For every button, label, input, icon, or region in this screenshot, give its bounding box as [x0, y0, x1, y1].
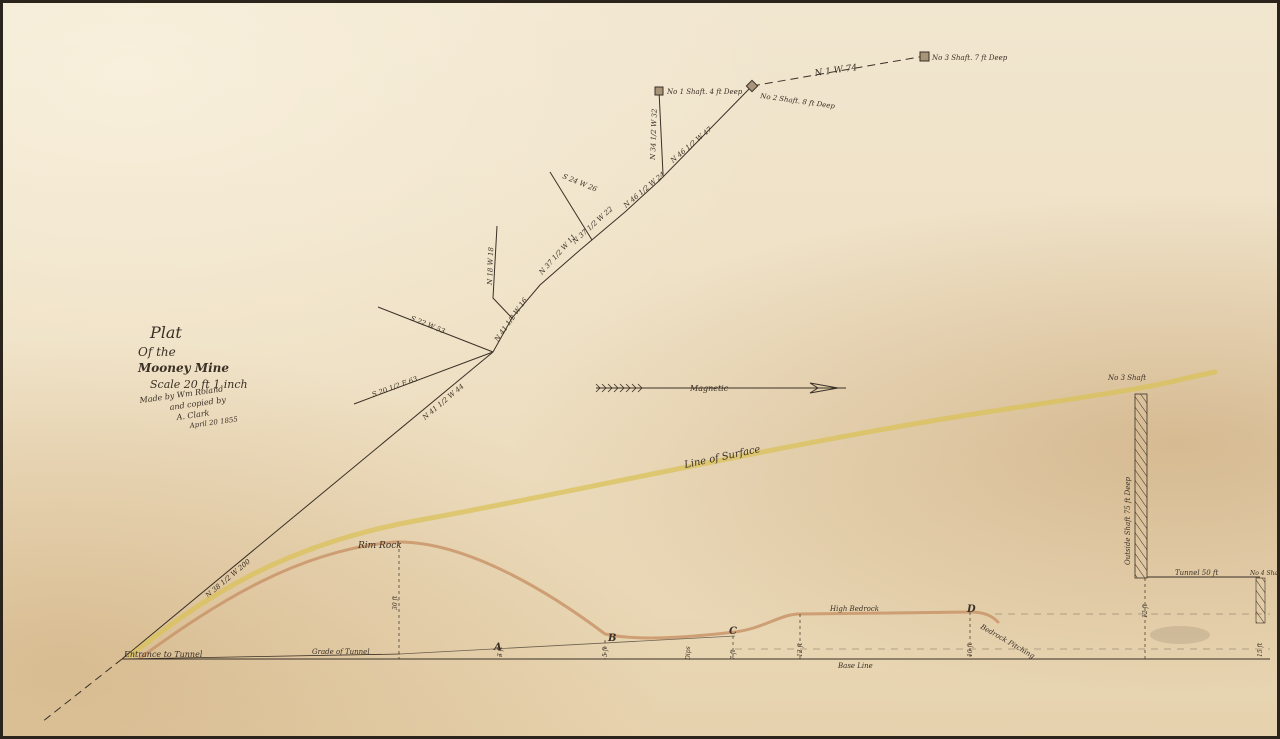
bearing-labels: N 38 1/2 W 200 N 41 1/2 W 44 N 41 1/2 W … — [203, 63, 858, 600]
rim-rock-label: Rim Rock — [357, 541, 402, 551]
shafts: No 1 Shaft. 4 ft Deep No 2 Shaft. 8 ft D… — [655, 52, 1008, 111]
point-d: D — [966, 604, 976, 615]
bearing-main-mid: N 41 1/2 W 44 — [420, 382, 465, 422]
shaft3-label: No 3 Shaft. 7 ft Deep — [931, 54, 1008, 62]
depth-dip: Dips — [685, 646, 692, 661]
depth-rim: 30 ft — [392, 595, 399, 610]
shaft4-profile-hatch — [1256, 578, 1265, 623]
shaft3-profile-label: No 3 Shaft — [1107, 374, 1146, 382]
line-of-surface — [130, 372, 1215, 656]
entrance-label: Entrance to Tunnel — [123, 650, 203, 659]
title-block: Plat Of the Mooney Mine Scale 20 ft 1 in… — [137, 323, 248, 430]
mine-plat-sheet: Plat Of the Mooney Mine Scale 20 ft 1 in… — [0, 0, 1280, 739]
depth-a: 3 ft — [497, 646, 504, 657]
outside-shaft-label: Outside Shaft 75 ft Deep — [1124, 476, 1132, 565]
bearing-main-upper5: N 46 1/2 W 47 — [668, 125, 714, 165]
shaft1-marker — [655, 87, 663, 95]
point-c: C — [729, 626, 737, 637]
depth-shaft3: 12 ft — [1142, 603, 1149, 618]
depth-d: 10 ft — [967, 642, 974, 657]
depth-high: 12 ft — [797, 642, 804, 657]
bedrock-line — [140, 542, 998, 658]
magnetic-label: Magnetic — [689, 384, 729, 393]
bedrock-pitching-label: Bedrock Pitching — [978, 622, 1036, 660]
shaft4-profile-label: No 4 Shaft — [1249, 570, 1280, 577]
depth-labels: 30 ft 3 ft 5 ft Dips 7 ft 12 ft 10 ft 12… — [392, 595, 1264, 661]
bearing-s20e: S 20 1/2 E 63 — [371, 375, 419, 399]
depth-c: 7 ft — [730, 649, 737, 660]
depth-markers — [399, 543, 1145, 659]
bearing-north-small: N 18 W 18 — [486, 246, 495, 286]
depth-b: 5 ft — [602, 646, 609, 657]
branch-north-small — [493, 226, 512, 318]
title-line-plat: Plat — [149, 323, 182, 342]
mine-plat-drawing: Plat Of the Mooney Mine Scale 20 ft 1 in… — [0, 0, 1280, 739]
bearing-s22w: S 22 W 53 — [409, 314, 446, 335]
magnetic-arrow: Magnetic — [596, 383, 846, 393]
grade-label: Grade of Tunnel — [312, 648, 370, 656]
shaft1-label: No 1 Shaft. 4 ft Deep — [666, 88, 743, 96]
shaft2-label: No 2 Shaft. 8 ft Deep — [759, 92, 836, 111]
bearing-s24w: S 24 W 26 — [561, 172, 598, 193]
base-line-label: Base Line — [837, 662, 873, 670]
title-line-mine-name: Mooney Mine — [137, 361, 229, 375]
bearing-n34w: N 34 1/2 W 32 — [649, 108, 659, 161]
title-line-of-the: Of the — [138, 345, 176, 359]
paper-stain — [1150, 626, 1210, 644]
bearing-dashed-n1w: N 1 W 74 — [813, 63, 858, 79]
shaft3-profile-hatch — [1135, 394, 1147, 578]
tunnel-label: Tunnel 50 ft — [1175, 569, 1219, 577]
surface-label: Line of Surface — [682, 444, 761, 471]
shaft3-marker — [920, 52, 929, 61]
main-traverse-segment-upper — [493, 86, 752, 352]
branch-to-shaft1 — [659, 91, 663, 174]
traverse-extension-dashed — [42, 659, 122, 722]
high-bedrock-label: High Bedrock — [829, 605, 879, 613]
depth-shaft4: 15 ft — [1257, 642, 1264, 657]
bearing-main-upper4: N 46 1/2 W 24 — [621, 170, 666, 210]
